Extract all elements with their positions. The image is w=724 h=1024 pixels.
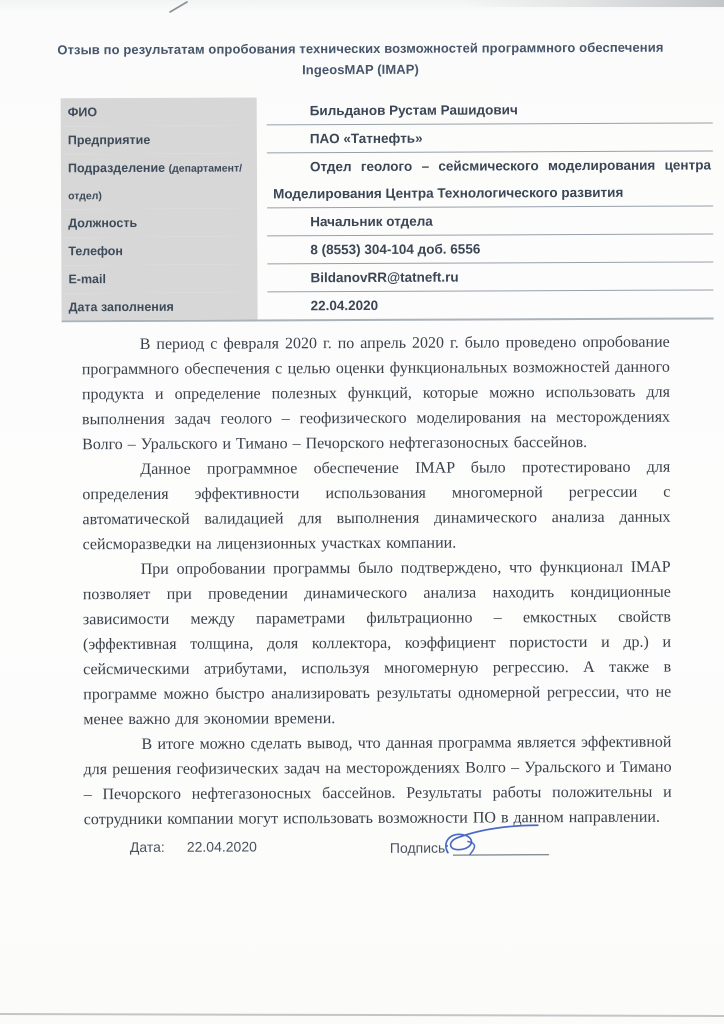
form-value: ПАО «Татнефть» xyxy=(267,123,713,153)
form-label-text: Подразделение xyxy=(68,161,165,175)
column-gap xyxy=(257,97,267,125)
body-paragraph: Данное программное обеспечение IMAP было… xyxy=(82,455,670,558)
footer-signature: Подпись: xyxy=(390,839,549,856)
form-value: 22.04.2020 xyxy=(267,290,713,319)
document-sheet: Отзыв по результатам опробования техниче… xyxy=(0,0,724,1024)
scanned-document-page: Отзыв по результатам опробования техниче… xyxy=(0,0,724,1024)
form-value: Отдел геолого – сейсмического моделирова… xyxy=(267,151,713,208)
form-value: BildanovRR@tatneft.ru xyxy=(267,262,713,292)
column-gap xyxy=(257,292,267,319)
body-paragraph: При опробовании программы было подтвержд… xyxy=(83,555,672,733)
column-gap xyxy=(257,208,267,236)
form-label: ФИО xyxy=(61,97,257,126)
form-label: Должность xyxy=(61,208,257,237)
form-label: Телефон xyxy=(61,236,257,265)
form-value: 8 (8553) 304-104 доб. 6556 xyxy=(267,234,713,264)
form-row-phone: Телефон 8 (8553) 304-104 доб. 6556 xyxy=(61,234,713,265)
form-value: Бильданов Рустам Рашидович xyxy=(267,95,713,125)
column-gap xyxy=(257,125,267,153)
document-title-line2: IngeosMAP (IMAP) xyxy=(28,58,692,82)
column-gap xyxy=(257,264,267,292)
form-row-company: Предприятие ПАО «Татнефть» xyxy=(61,123,713,154)
form-value: Начальник отдела xyxy=(267,206,713,236)
form-label: Дата заполнения xyxy=(61,292,257,320)
form-row-department: Подразделение (департамент/отдел) Отдел … xyxy=(61,151,713,209)
review-body: В период с февраля 2020 г. по апрель 202… xyxy=(82,330,672,833)
form-row-email: E-mail BildanovRR@tatneft.ru xyxy=(61,262,713,293)
column-gap xyxy=(257,236,267,264)
form-label: Подразделение (департамент/отдел) xyxy=(61,153,257,209)
document-title: Отзыв по результатам опробования техниче… xyxy=(28,37,692,82)
form-row-fio: ФИО Бильданов Рустам Рашидович xyxy=(61,95,713,126)
column-gap xyxy=(257,153,267,208)
signature-ink xyxy=(438,822,544,860)
date-label: Дата: xyxy=(130,839,165,855)
footer-date: Дата:22.04.2020 xyxy=(130,838,257,855)
body-paragraph: В итоге можно сделать вывод, что данная … xyxy=(83,730,671,833)
form-row-fill-date: Дата заполнения 22.04.2020 xyxy=(61,290,713,320)
form-label: E-mail xyxy=(61,264,257,293)
form-label: Предприятие xyxy=(61,125,257,154)
body-paragraph: В период с февраля 2020 г. по апрель 202… xyxy=(82,330,671,458)
form-row-position: Должность Начальник отдела xyxy=(61,206,713,237)
date-value: 22.04.2020 xyxy=(187,838,257,854)
document-title-line1: Отзыв по результатам опробования техниче… xyxy=(28,37,692,61)
contact-form-table: ФИО Бильданов Рустам Рашидович Предприят… xyxy=(61,95,714,322)
